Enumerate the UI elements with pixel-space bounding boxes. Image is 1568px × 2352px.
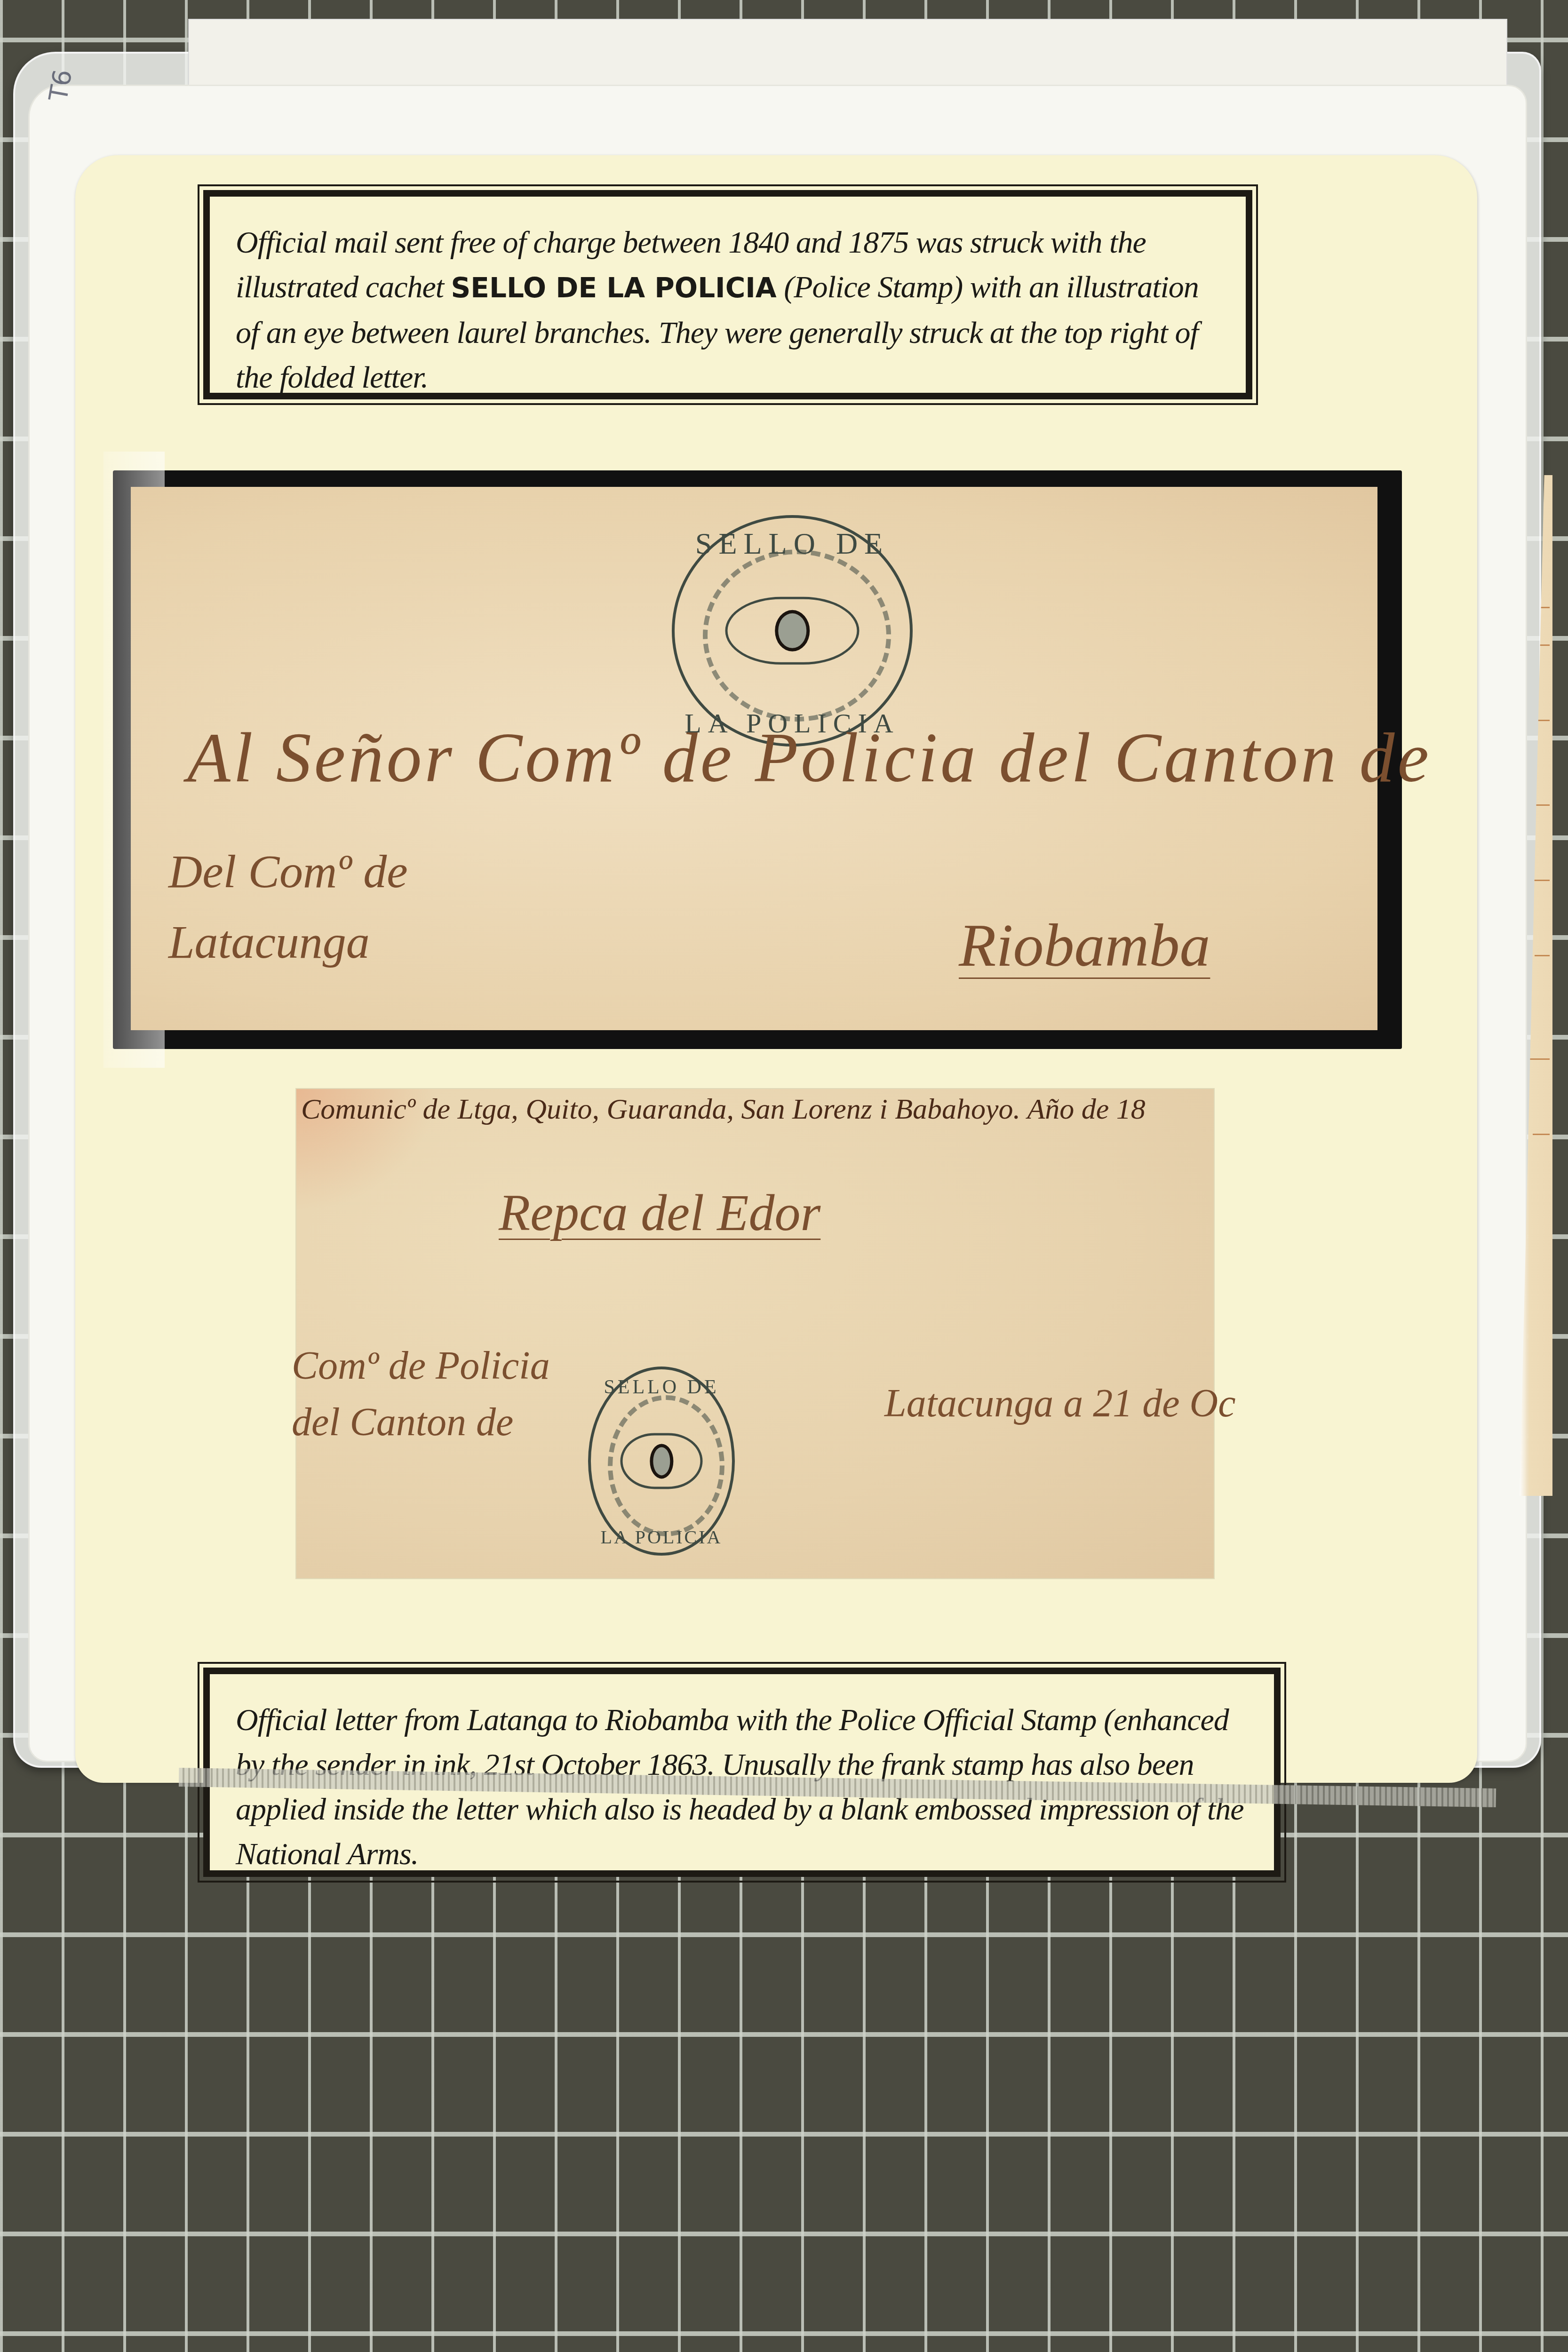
cover-1-folded-letter: SELLO DE LA POLICIA Al Señor Comº de Pol… xyxy=(131,487,1377,1030)
recipient-line-2: del Canton de xyxy=(292,1399,513,1445)
letter-header-line: Comunicº de Ltga, Quito, Guaranda, San L… xyxy=(301,1093,1146,1126)
caption-top-bold-term: SELLO DE LA POLICIA xyxy=(451,272,777,304)
letter-title: Repca del Edor xyxy=(499,1183,820,1243)
destination: Riobamba xyxy=(959,910,1210,981)
stamp-top-text: SELLO DE xyxy=(591,1376,732,1398)
album-page: Official mail sent free of charge betwee… xyxy=(75,155,1477,1783)
address-line: Al Señor Comº de Policia del Canton de xyxy=(187,717,1432,798)
place-date: Latacunga a 21 de Oc xyxy=(884,1381,1236,1426)
pencil-note: T6 xyxy=(43,67,78,103)
eye-icon xyxy=(621,1433,703,1489)
sender-line-2: Latacunga xyxy=(168,915,370,969)
police-stamp-cachet-inside: SELLO DE LA POLICIA xyxy=(588,1367,735,1556)
caption-top: Official mail sent free of charge betwee… xyxy=(203,190,1252,399)
eye-icon xyxy=(725,597,860,665)
sender-line-1: Del Comº de xyxy=(168,844,408,898)
stamp-bottom-text: LA POLICIA xyxy=(591,1526,732,1548)
cover-2-letter-inside: Comunicº de Ltga, Quito, Guaranda, San L… xyxy=(296,1089,1214,1578)
police-stamp-cachet: SELLO DE LA POLICIA xyxy=(672,515,913,747)
recipient-line-1: Comº de Policia xyxy=(292,1343,550,1389)
stamp-top-text: SELLO DE xyxy=(675,526,910,561)
